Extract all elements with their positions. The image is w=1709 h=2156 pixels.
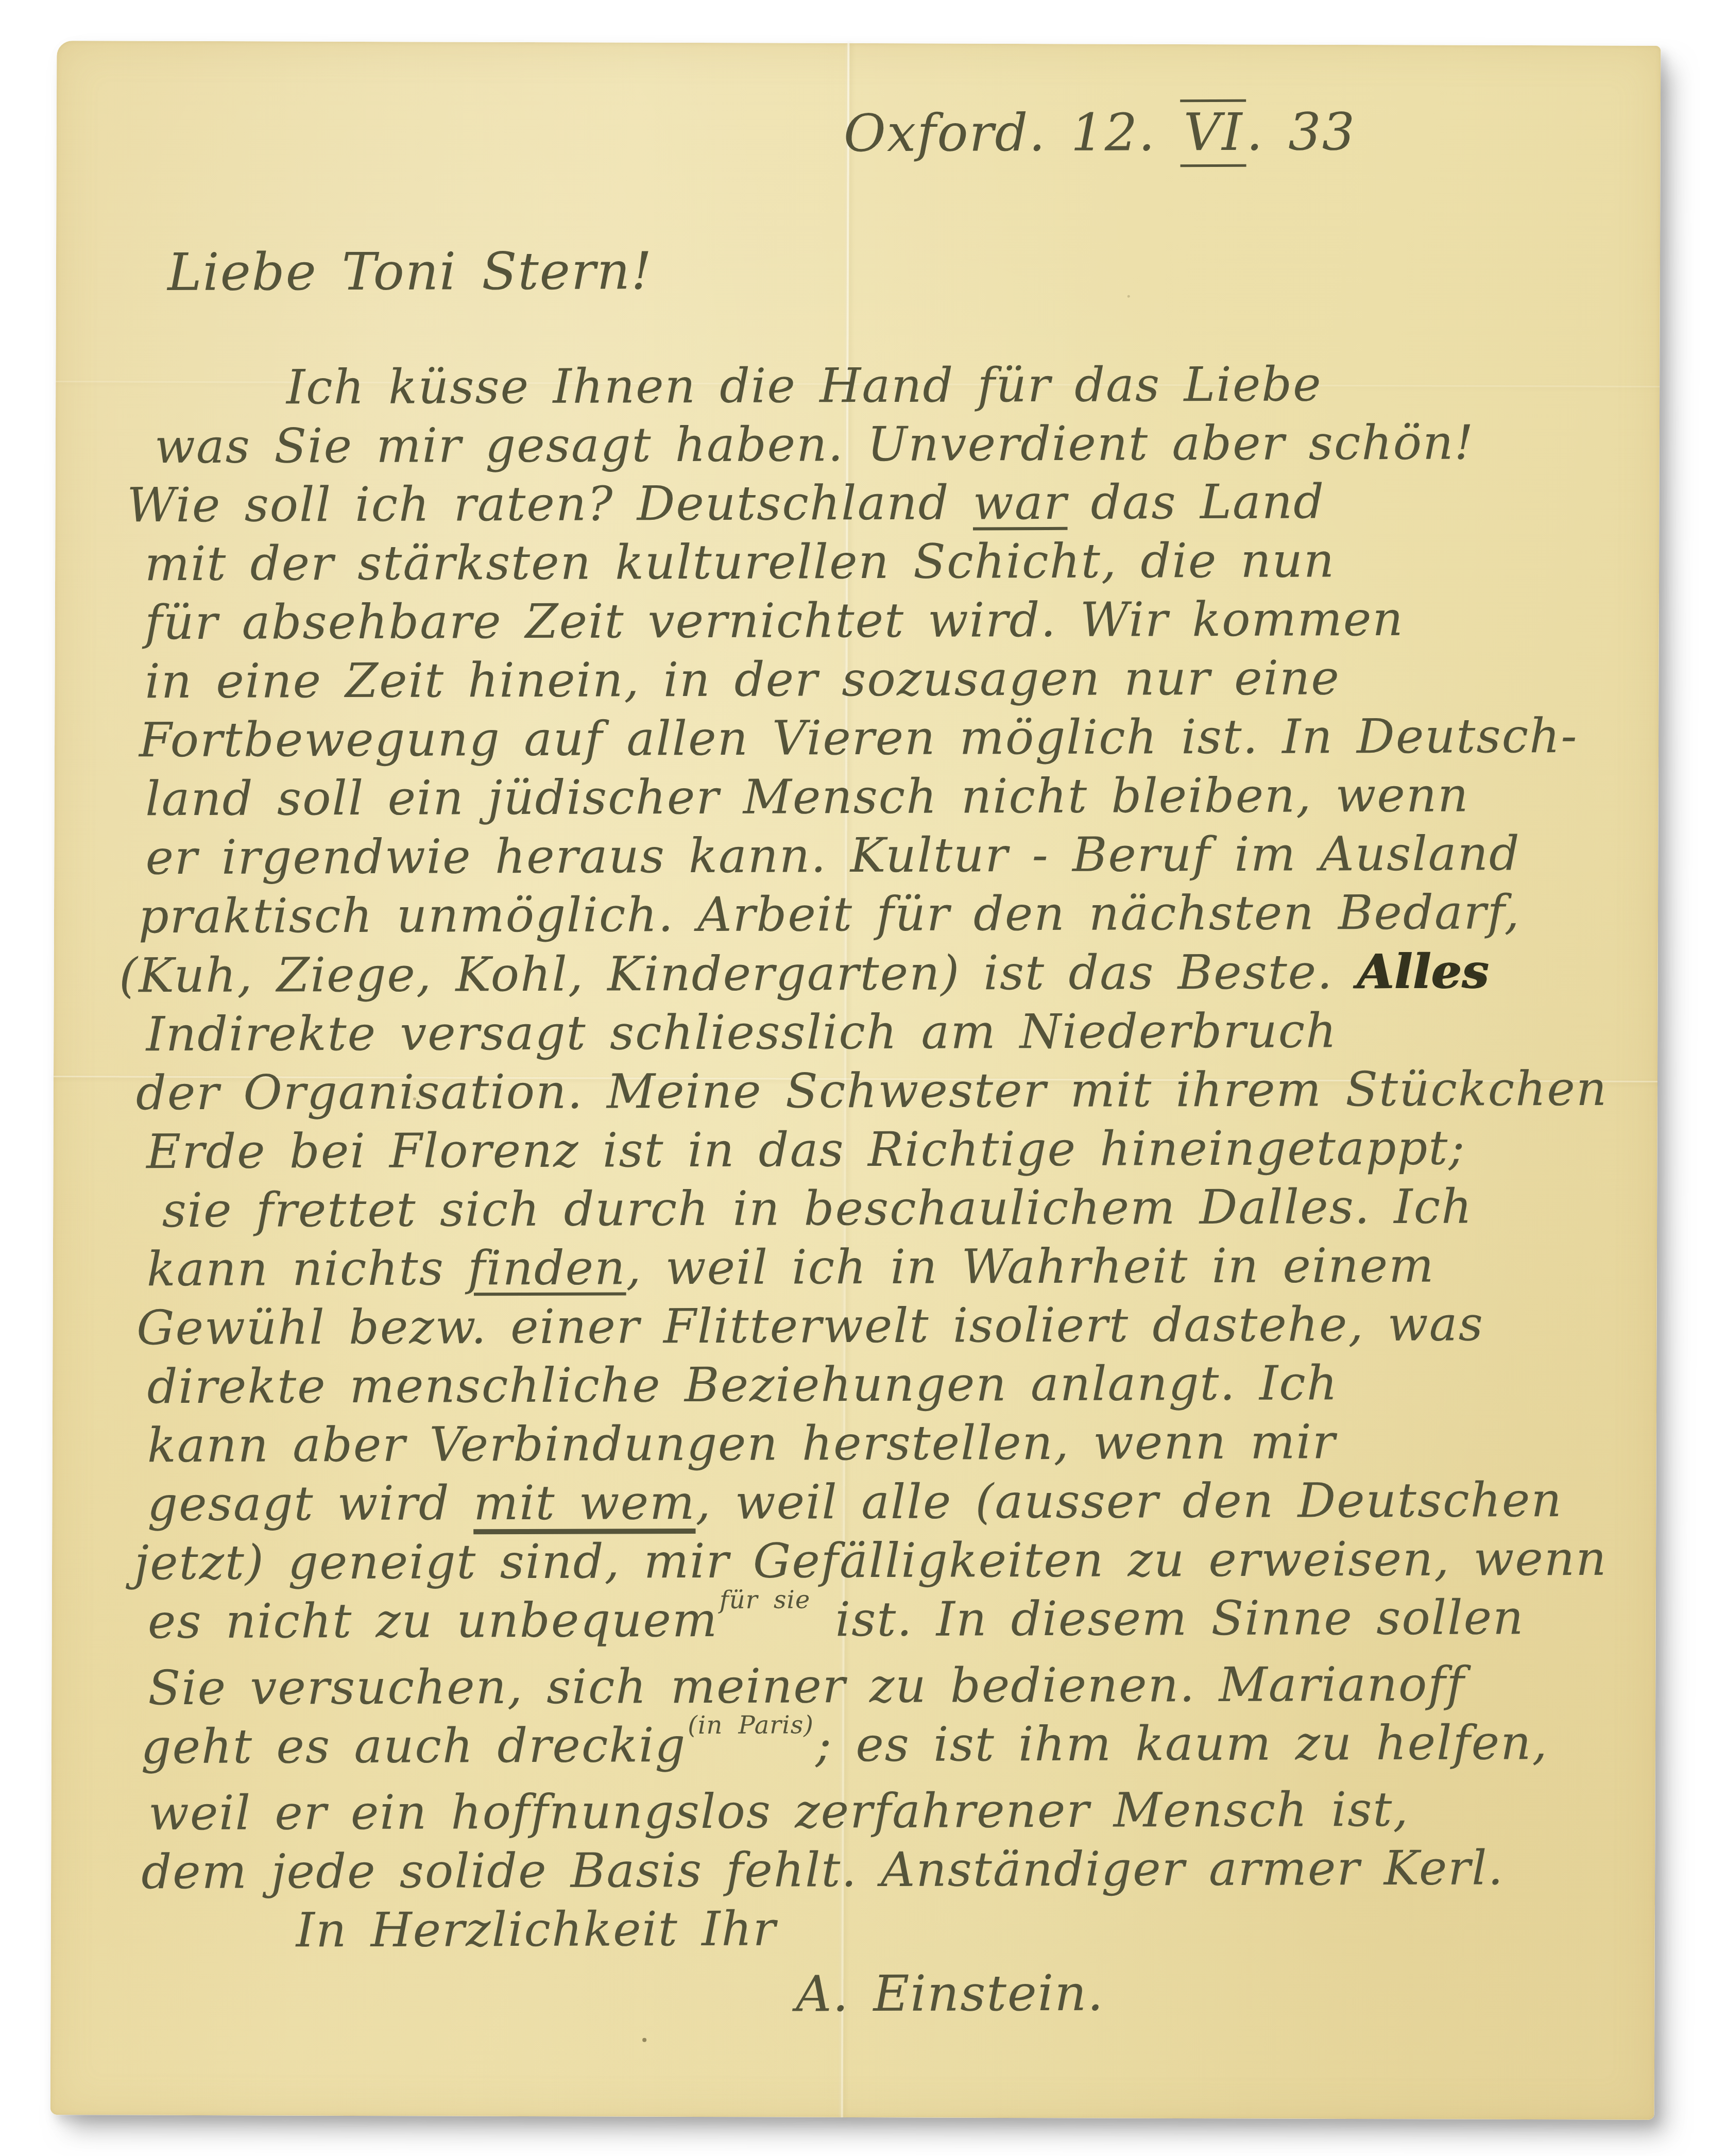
text-segment: land soll ein jüdischer Mensch nicht ble… bbox=[145, 768, 1469, 827]
text-segment: , weil ich in Wahrheit in einem bbox=[626, 1238, 1434, 1296]
inserted-word: (in Paris) bbox=[688, 1695, 814, 1755]
text-segment: (Kuh, Ziege, Kohl, Kindergarten) ist das… bbox=[119, 944, 1357, 1003]
text-segment: sie frettet sich durch in beschaulichem … bbox=[162, 1179, 1473, 1238]
text-segment: , weil alle (ausser den Deutschen bbox=[695, 1472, 1563, 1530]
letter-line: direkte menschliche Beziehungen anlangt.… bbox=[147, 1353, 1581, 1416]
letter-line: Gewühl bezw. einer Flitterwelt isoliert … bbox=[136, 1295, 1581, 1357]
text-segment: mit der stärksten kulturellen Schicht, d… bbox=[145, 533, 1336, 591]
text-segment: dem jede solide Basis fehlt. Anständiger… bbox=[141, 1840, 1504, 1899]
text-segment: Ich küsse Ihnen die Hand für das Liebe bbox=[286, 356, 1322, 415]
letter-line: der Organisation. Meine Schwester mit ih… bbox=[136, 1060, 1580, 1123]
salutation: Liebe Toni Stern! bbox=[167, 239, 1578, 302]
text-segment: er irgendwie heraus kann. Kultur - Beruf… bbox=[145, 826, 1520, 885]
text-segment: in eine Zeit hinein, in der sozusagen nu… bbox=[145, 650, 1340, 709]
letter-line: für absehbare Zeit vernichtet wird. Wir … bbox=[145, 589, 1579, 652]
letter-line: geht es auch dreckig(in Paris); es ist i… bbox=[141, 1713, 1582, 1784]
letter-paper: Oxford. 12. VI. 33 Liebe Toni Stern! Ich… bbox=[50, 41, 1661, 2120]
text-segment: direkte menschliche Beziehungen anlangt.… bbox=[147, 1355, 1338, 1414]
text-segment: weil er ein hoffnungslos zerfahrener Men… bbox=[148, 1782, 1409, 1841]
letter-line: mit der stärksten kulturellen Schicht, d… bbox=[145, 531, 1579, 593]
text-segment: ist. In diesem Sinne sollen bbox=[812, 1590, 1524, 1647]
letter-body: Ich küsse Ihnen die Hand für das Liebewa… bbox=[144, 354, 1583, 1902]
letter-line: kann aber Verbindungen herstellen, wenn … bbox=[147, 1412, 1581, 1475]
letter-line: Sie versuchen, sich meiner zu bedienen. … bbox=[148, 1655, 1582, 1718]
letter-line: Indirekte versagt schliesslich am Nieder… bbox=[146, 1001, 1580, 1064]
text-segment: finden bbox=[468, 1240, 626, 1296]
text-segment: der Organisation. Meine Schwester mit ih… bbox=[136, 1061, 1608, 1121]
text-segment: kann nichts bbox=[147, 1241, 468, 1297]
text-segment: jetzt) geneigt sind, mir Gefälligkeiten … bbox=[134, 1531, 1607, 1590]
letter-line: Wie soll ich raten? Deutschland war das … bbox=[127, 472, 1578, 535]
letter-line: jetzt) geneigt sind, mir Gefälligkeiten … bbox=[134, 1530, 1581, 1592]
text-segment: gesagt wird bbox=[147, 1475, 473, 1532]
inserted-word: für sie bbox=[720, 1570, 811, 1629]
text-segment: . 33 bbox=[1246, 101, 1356, 162]
text-segment: VI bbox=[1181, 99, 1246, 167]
text-segment: Indirekte versagt schliesslich am Nieder… bbox=[146, 1003, 1337, 1062]
letter-line: in eine Zeit hinein, in der sozusagen nu… bbox=[145, 648, 1579, 711]
letter-line: dem jede solide Basis fehlt. Anständiger… bbox=[141, 1839, 1582, 1902]
letter-line: er irgendwie heraus kann. Kultur - Beruf… bbox=[145, 824, 1579, 887]
text-segment: Wie soll ich raten? Deutschland bbox=[127, 475, 973, 533]
text-segment: mit wem bbox=[473, 1475, 696, 1531]
letter-line: gesagt wird mit wem, weil alle (ausser d… bbox=[147, 1471, 1581, 1534]
letter-line: Fortbewegung auf allen Vieren möglich is… bbox=[139, 707, 1579, 770]
letter-line: was Sie mir gesagt haben. Unverdient abe… bbox=[155, 413, 1578, 476]
text-segment: Oxford. 12. bbox=[844, 102, 1181, 163]
text-segment: das Land bbox=[1067, 474, 1325, 530]
letter-line: weil er ein hoffnungslos zerfahrener Men… bbox=[148, 1780, 1582, 1843]
letter-line: land soll ein jüdischer Mensch nicht ble… bbox=[145, 766, 1579, 828]
text-segment: Alles bbox=[1357, 943, 1489, 999]
text-segment: was Sie mir gesagt haben. Unverdient abe… bbox=[155, 415, 1475, 474]
letter-line: praktisch unmöglich. Arbeit für den näch… bbox=[139, 883, 1580, 946]
text-segment: kann aber Verbindungen herstellen, wenn … bbox=[147, 1414, 1336, 1473]
signature: A. Einstein. bbox=[796, 1962, 1583, 2024]
letter-line: Erde bei Florenz ist in das Richtige hin… bbox=[146, 1118, 1580, 1181]
text-segment: Gewühl bezw. einer Flitterwelt isoliert … bbox=[136, 1296, 1484, 1355]
text-segment: ; es ist ihm kaum zu helfen, bbox=[815, 1715, 1548, 1772]
text-segment: war bbox=[973, 475, 1068, 531]
closing: In Herzlichkeit Ihr bbox=[296, 1897, 1583, 1960]
letter-line: Ich küsse Ihnen die Hand für das Liebe bbox=[286, 354, 1578, 417]
text-segment: für absehbare Zeit vernichtet wird. Wir … bbox=[145, 591, 1404, 650]
text-segment: praktisch unmöglich. Arbeit für den näch… bbox=[139, 885, 1520, 944]
text-segment: Fortbewegung auf allen Vieren möglich is… bbox=[139, 708, 1578, 768]
letter-line: sie frettet sich durch in beschaulichem … bbox=[162, 1177, 1580, 1240]
letter-line: kann nichts finden, weil ich in Wahrheit… bbox=[147, 1236, 1581, 1299]
text-segment: geht es auch dreckig bbox=[141, 1718, 686, 1774]
letter-line: es nicht zu unbequemfür sie ist. In dies… bbox=[148, 1588, 1582, 1659]
letter-line: (Kuh, Ziege, Kohl, Kindergarten) ist das… bbox=[119, 942, 1580, 1005]
text-segment: Erde bei Florenz ist in das Richtige hin… bbox=[146, 1121, 1465, 1180]
letter-content: Oxford. 12. VI. 33 Liebe Toni Stern! Ich… bbox=[143, 102, 1583, 2089]
text-segment: es nicht zu unbequem bbox=[148, 1592, 719, 1649]
date-line: Oxford. 12. VI. 33 bbox=[143, 102, 1577, 165]
